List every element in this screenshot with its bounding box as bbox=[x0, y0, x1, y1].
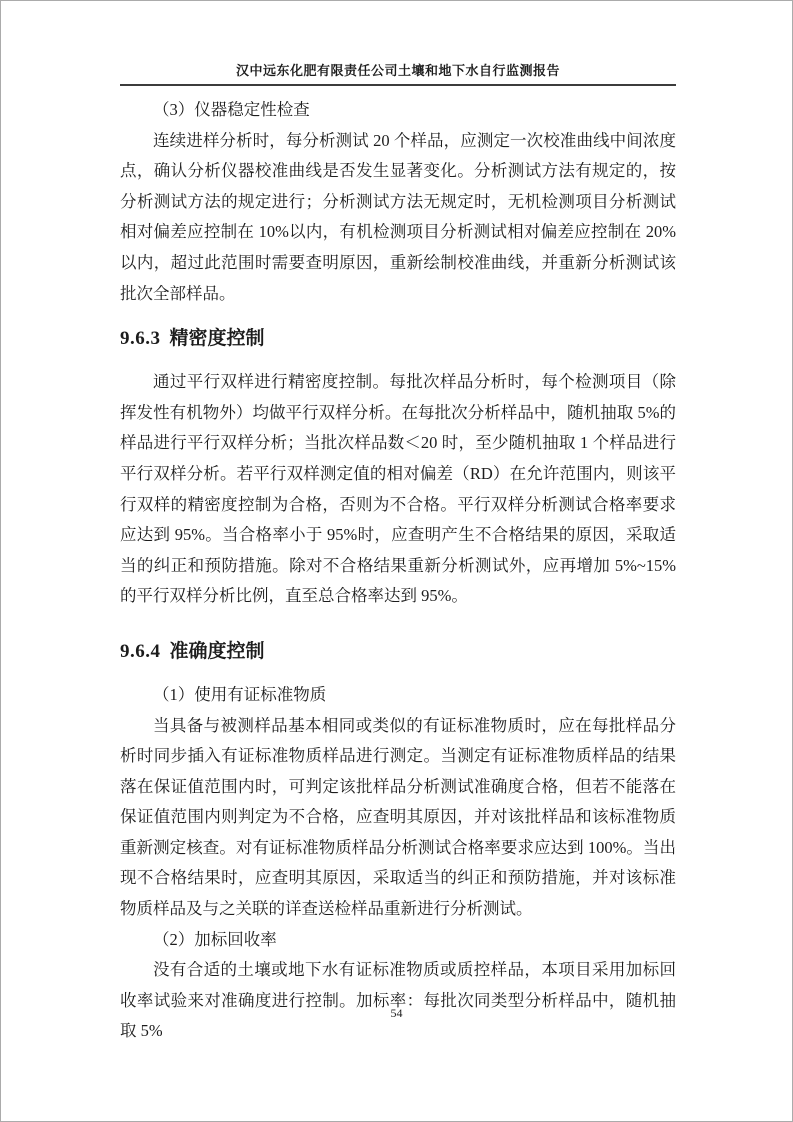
section-number: 9.6.3 bbox=[120, 328, 161, 349]
section-heading-9-6-4: 9.6.4准确度控制 bbox=[120, 638, 676, 666]
page-body: （3）仪器稳定性检查 连续进样分析时，每分析测试 20 个样品，应测定一次校准曲… bbox=[120, 95, 676, 1047]
item-heading-certified-reference-material: （1）使用有证标准物质 bbox=[120, 680, 676, 711]
page-footer: 54 bbox=[1, 1006, 792, 1021]
page-number: 54 bbox=[391, 1006, 403, 1020]
section-title: 精密度控制 bbox=[170, 328, 265, 349]
section-heading-9-6-3: 9.6.3精密度控制 bbox=[120, 325, 676, 353]
paragraph-spike-recovery: 没有合适的土壤或地下水有证标准物质或质控样品，本项目采用加标回收率试验来对准确度… bbox=[120, 955, 676, 1047]
section-number: 9.6.4 bbox=[120, 641, 161, 662]
paragraph-instrument-stability: 连续进样分析时，每分析测试 20 个样品，应测定一次校准曲线中间浓度点，确认分析… bbox=[120, 126, 676, 310]
item-heading-spike-recovery: （2）加标回收率 bbox=[120, 925, 676, 956]
paragraph-certified-reference-material: 当具备与被测样品基本相同或类似的有证标准物质时，应在每批样品分析时同步插入有证标… bbox=[120, 711, 676, 925]
page-header: 汉中远东化肥有限责任公司土壤和地下水自行监测报告 bbox=[120, 60, 676, 86]
item-heading-instrument-stability: （3）仪器稳定性检查 bbox=[120, 95, 676, 126]
section-title: 准确度控制 bbox=[170, 641, 265, 662]
page-header-title: 汉中远东化肥有限责任公司土壤和地下水自行监测报告 bbox=[236, 63, 560, 78]
document-page: 汉中远东化肥有限责任公司土壤和地下水自行监测报告 （3）仪器稳定性检查 连续进样… bbox=[0, 0, 793, 1122]
paragraph-precision-control: 通过平行双样进行精密度控制。每批次样品分析时，每个检测项目（除挥发性有机物外）均… bbox=[120, 367, 676, 612]
